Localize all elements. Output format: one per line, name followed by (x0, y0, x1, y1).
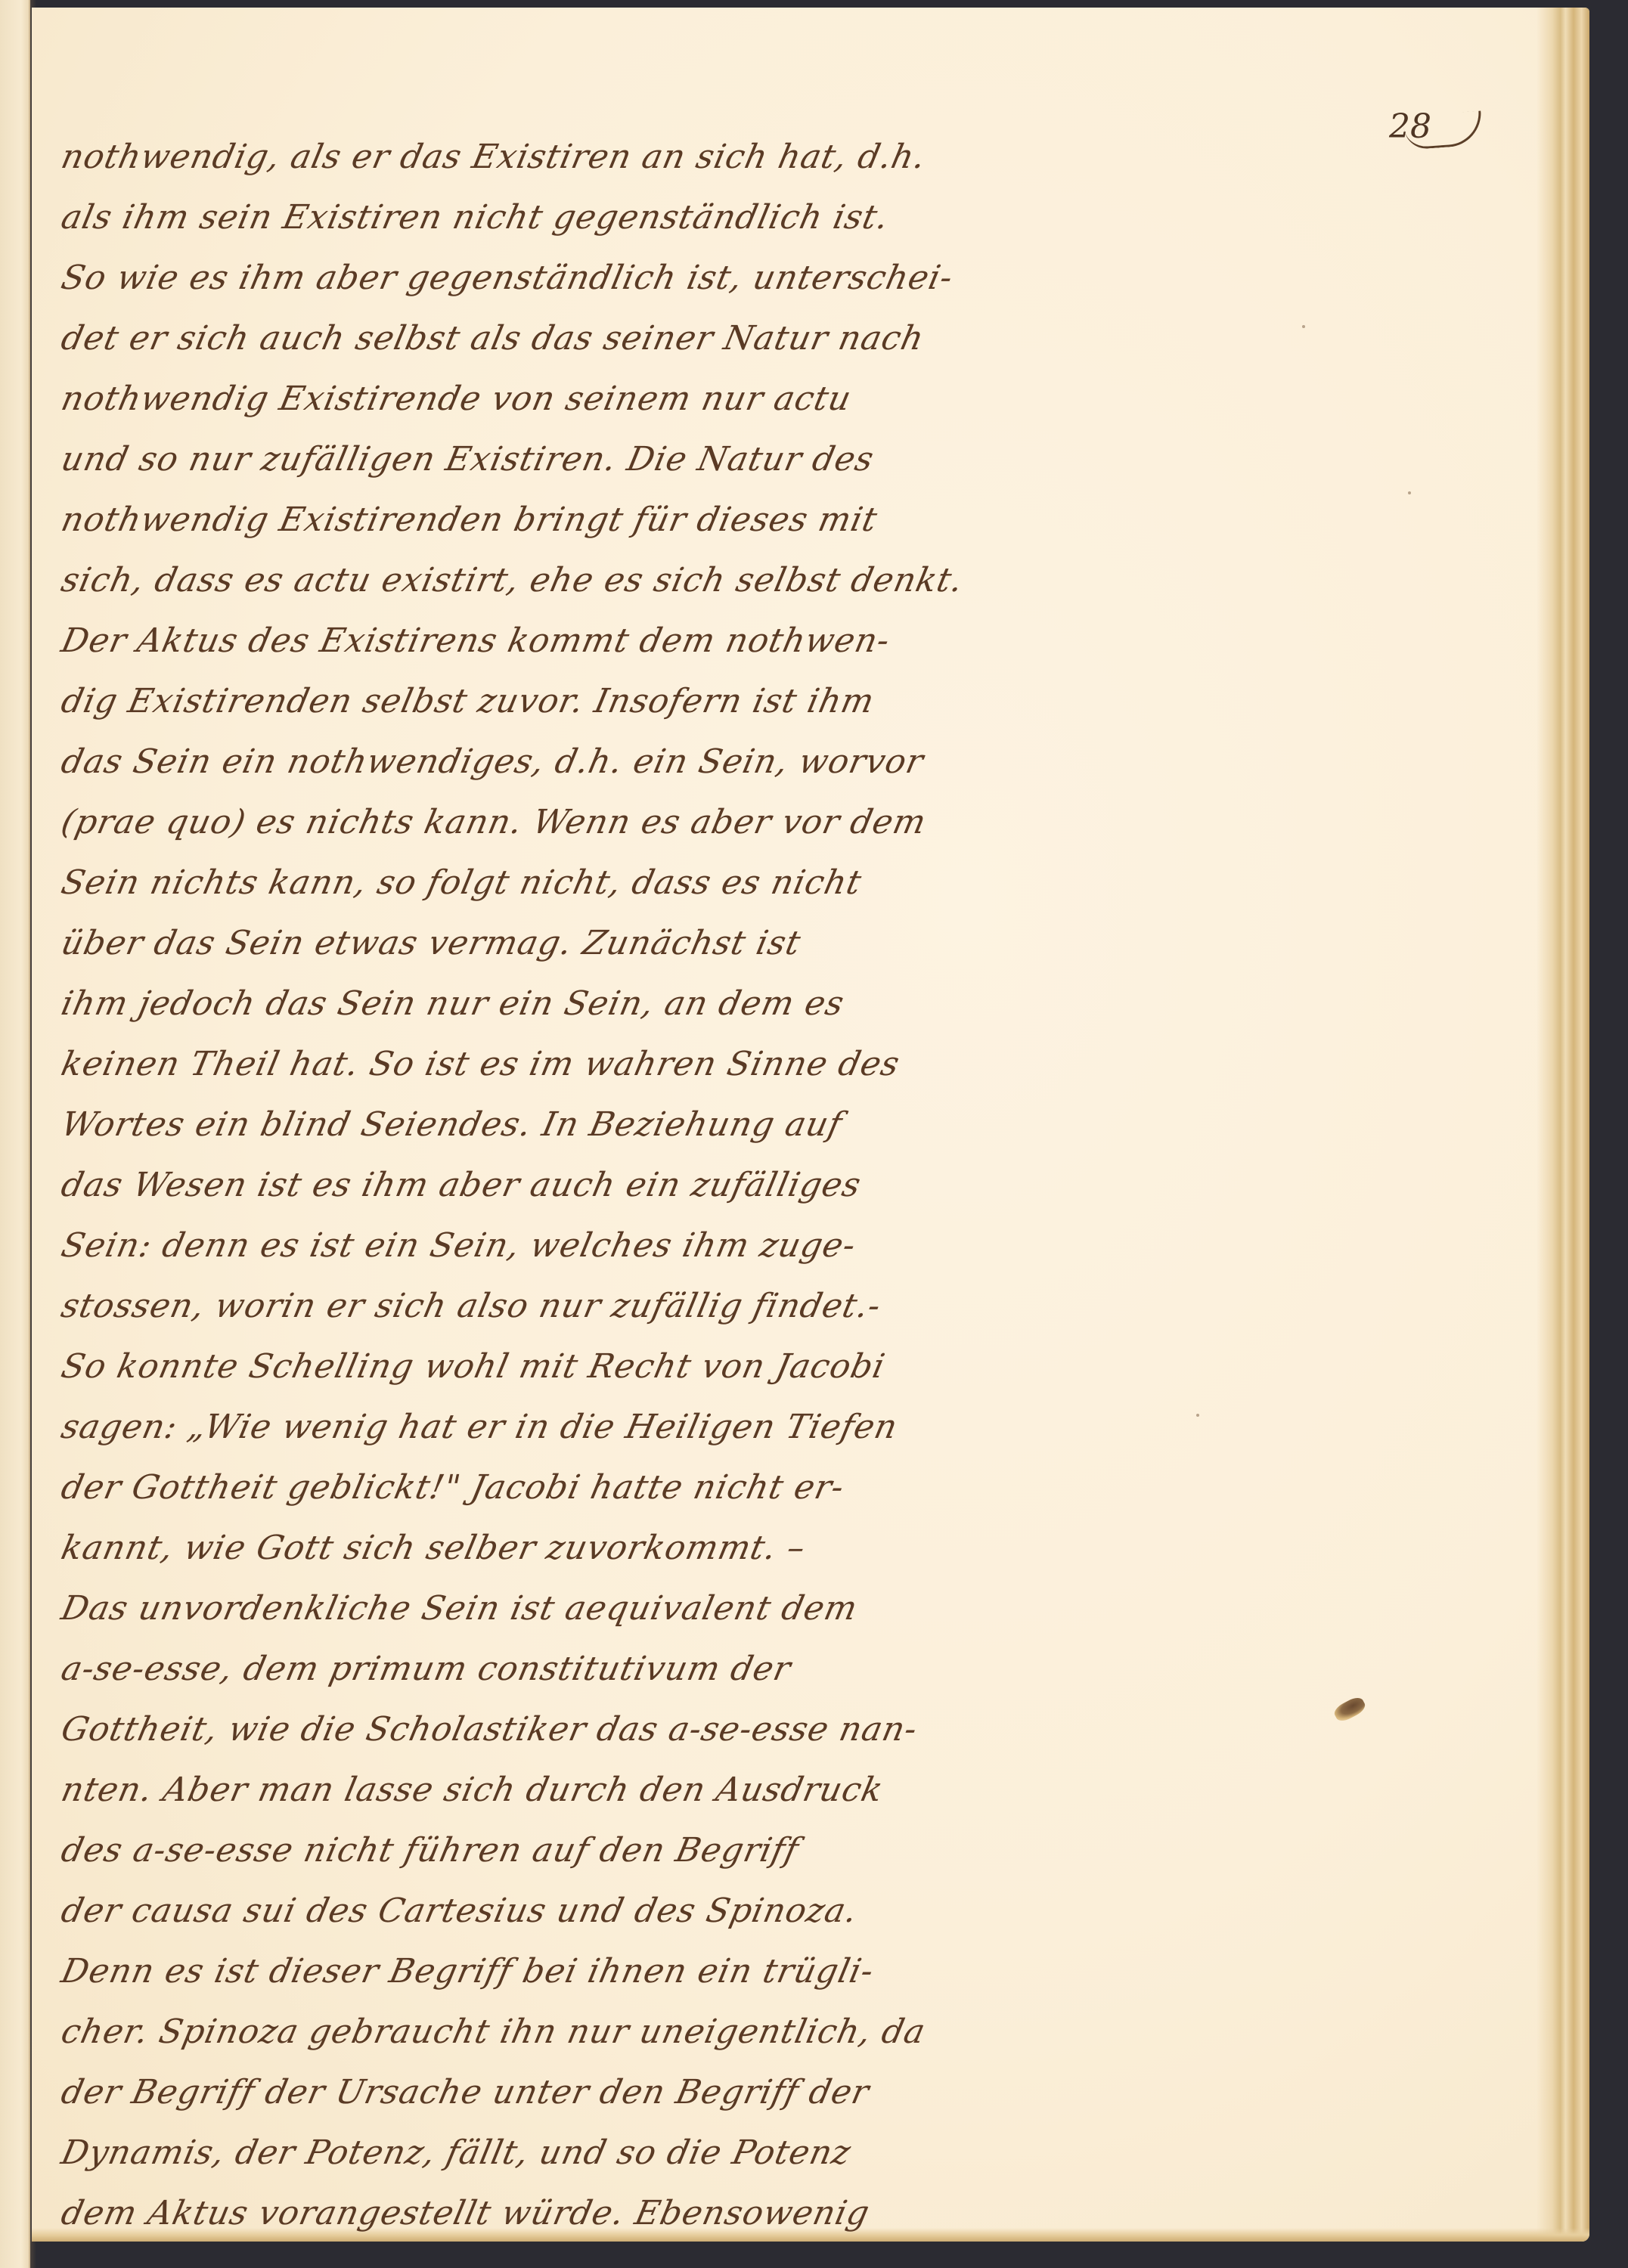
text-line: das Sein ein nothwendiges, d.h. ein Sein… (58, 742, 928, 781)
text-line: (prae quo) es nichts kann. Wenn es aber … (58, 803, 930, 841)
page-stack-edge (1537, 8, 1589, 2242)
page-number-underline-arc (1403, 110, 1484, 150)
text-line: der Gottheit geblickt!" Jacobi hatte nic… (58, 1468, 848, 1507)
paper-speck (1302, 325, 1305, 328)
text-line: Wortes ein blind Seiendes. In Beziehung … (58, 1105, 846, 1144)
ink-blot (1332, 1694, 1367, 1724)
text-line: dig Existirenden selbst zuvor. Insofern … (58, 682, 879, 720)
text-line: das Wesen ist es ihm aber auch ein zufäl… (58, 1166, 865, 1204)
paper-speck (1408, 491, 1411, 494)
text-line: der Begriff der Ursache unter den Begrif… (58, 2073, 873, 2112)
text-line: ihm jedoch das Sein nur ein Sein, an dem… (58, 984, 848, 1023)
text-line: keinen Theil hat. So ist es im wahren Si… (58, 1045, 904, 1083)
text-line: Gottheit, wie die Scholastiker das a-se-… (58, 1710, 921, 1749)
text-line: So wie es ihm aber gegenständlich ist, u… (58, 259, 957, 297)
text-line: nothwendig Existirenden bringt für diese… (58, 500, 881, 539)
text-line: Das unvordenkliche Sein ist aequivalent … (58, 1589, 861, 1628)
text-line: Sein: denn es ist ein Sein, welches ihm … (58, 1226, 860, 1265)
text-line: des a-se-esse nicht führen auf den Begri… (58, 1831, 802, 1870)
text-line: sagen: „Wie wenig hat er in die Heiligen… (58, 1408, 901, 1446)
facing-page-edge (0, 0, 30, 2268)
text-line: a-se-esse, dem primum constitutivum der (58, 1650, 795, 1688)
text-line: über das Sein etwas vermag. Zunächst ist (58, 924, 805, 962)
text-line: det er sich auch selbst als das seiner N… (58, 319, 928, 358)
text-line: der causa sui des Cartesius und des Spin… (58, 1892, 861, 1930)
text-line: Der Aktus des Existirens kommt dem nothw… (58, 621, 894, 660)
manuscript-page: 28 nothwendig, als er das Existiren an s… (32, 8, 1589, 2242)
manuscript-scan: 28 nothwendig, als er das Existiren an s… (0, 0, 1628, 2268)
text-line: sich, dass es actu existirt, ehe es sich… (58, 561, 967, 600)
text-line: nothwendig, als er das Existiren an sich… (58, 138, 930, 176)
paper-speck (1196, 1414, 1199, 1417)
text-line: und so nur zufälligen Existiren. Die Nat… (58, 440, 878, 479)
text-line: Sein nichts kann, so folgt nicht, dass e… (58, 863, 866, 902)
text-line: nothwendig Existirende von seinem nur ac… (58, 380, 855, 418)
text-line: als ihm sein Existiren nicht gegenständl… (58, 198, 893, 237)
text-line: Denn es ist dieser Begriff bei ihnen ein… (58, 1952, 878, 1991)
text-line: So konnte Schelling wohl mit Recht von J… (58, 1347, 889, 1386)
text-line: stossen, worin er sich also nur zufällig… (58, 1287, 885, 1325)
text-line: kannt, wie Gott sich selber zuvorkommt. … (58, 1529, 810, 1567)
text-line: dem Aktus vorangestellt würde. Ebensowen… (58, 2194, 873, 2232)
text-line: nten. Aber man lasse sich durch den Ausd… (58, 1771, 887, 1809)
text-line: Dynamis, der Potenz, fällt, und so die P… (58, 2133, 855, 2172)
text-line: cher. Spinoza gebraucht ihn nur uneigent… (58, 2012, 929, 2051)
